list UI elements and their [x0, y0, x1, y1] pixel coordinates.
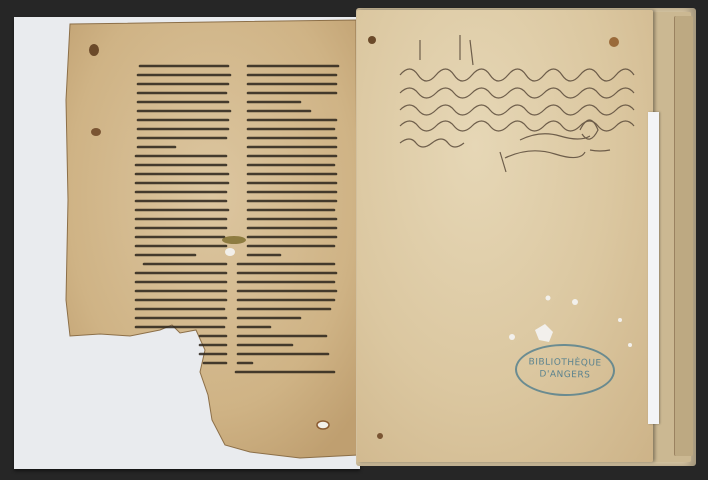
white-paper-slip — [648, 112, 659, 424]
handwritten-note — [0, 0, 708, 480]
stamp-line-2: D'ANGERS — [517, 368, 613, 382]
stamp-line-1: BIBLIOTHÈQUE — [517, 356, 613, 370]
